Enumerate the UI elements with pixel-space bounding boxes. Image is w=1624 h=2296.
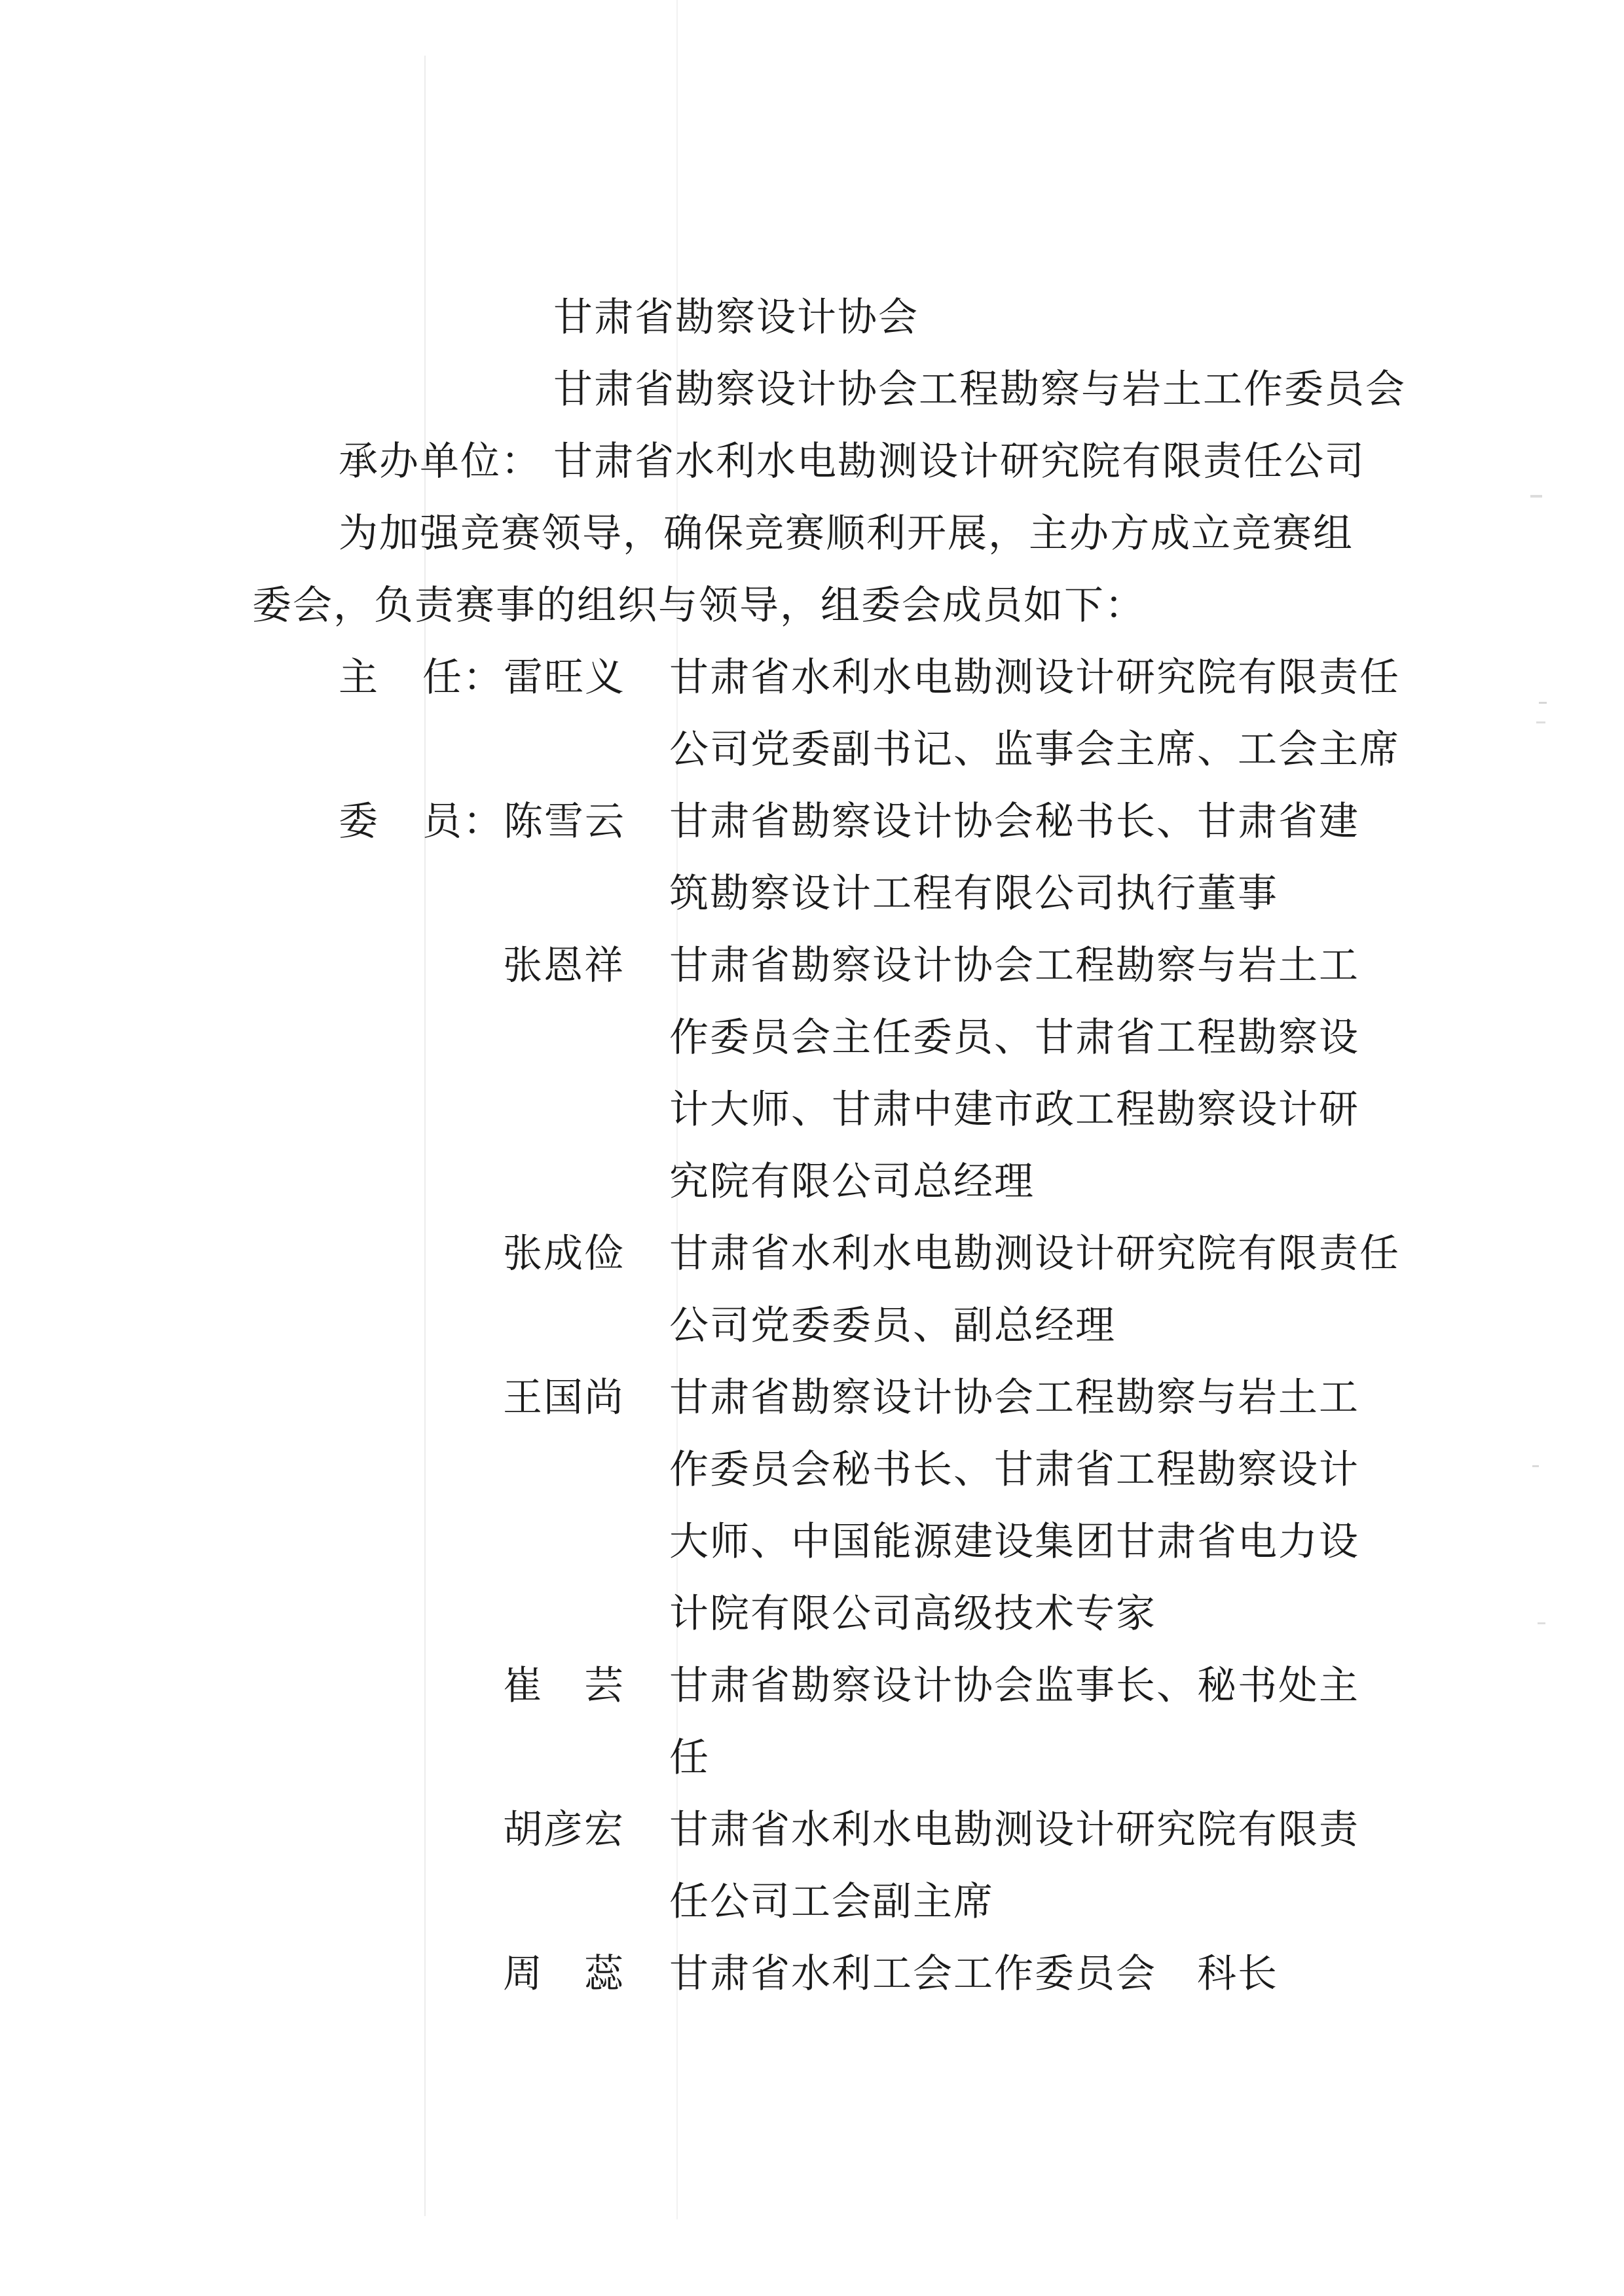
chairman-desc-line: 甘肃省水利水电勘测设计研究院有限责任 (669, 658, 1400, 697)
member-name: 张成俭 (503, 1234, 625, 1273)
chairman-role-and-name: 任：雷旺义 (422, 658, 625, 697)
member-name: 胡彦宏 (503, 1810, 625, 1850)
member-desc-line: 甘肃省水利水电勘测设计研究院有限责 (669, 1810, 1359, 1850)
member-desc-line: 计院有限公司高级技术专家 (669, 1594, 1156, 1633)
chairman-name: 雷旺义 (504, 656, 625, 699)
paragraph-line-1: 为加强竞赛领导，确保竞赛顺利开展，主办方成立竞赛组 (339, 514, 1354, 553)
member-desc-line: 甘肃省勘察设计协会秘书长、甘肃省建 (669, 802, 1359, 841)
member-desc-line: 任公司工会副主席 (669, 1882, 994, 1922)
member-desc-line: 甘肃省勘察设计协会监事长、秘书处主 (669, 1666, 1359, 1705)
member-desc-line: 公司党委委员、副总经理 (669, 1306, 1116, 1345)
scan-speck-5 (1538, 1622, 1545, 1624)
member-name: 陈雪云 (504, 800, 625, 843)
scan-streak-left (424, 56, 426, 2216)
member-name: 崔 芸 (503, 1666, 625, 1705)
member-desc-line: 作委员会主任委员、甘肃省工程勘察设 (669, 1018, 1359, 1057)
scan-speck-2 (1539, 702, 1547, 704)
chairman-role-char2: 任： (422, 656, 504, 699)
undertaker-label: 承办单位： (339, 442, 542, 481)
chairman-role-char1: 主 (339, 658, 379, 697)
scanned-document-page: 甘肃省勘察设计协会 甘肃省勘察设计协会工程勘察与岩土工作委员会 承办单位： 甘肃… (0, 0, 1624, 2296)
member-desc-line: 筑勘察设计工程有限公司执行董事 (669, 874, 1278, 913)
member-desc-line: 甘肃省勘察设计协会工程勘察与岩土工 (669, 1378, 1359, 1417)
paragraph-line-2: 委会，负责赛事的组织与领导，组委会成员如下： (252, 586, 1145, 625)
organizer-line-2: 甘肃省勘察设计协会工程勘察与岩土工作委员会 (553, 370, 1406, 409)
member-desc-line: 甘肃省勘察设计协会工程勘察与岩土工 (669, 946, 1359, 985)
undertaker-value: 甘肃省水利水电勘测设计研究院有限责任公司 (553, 442, 1365, 481)
member-desc-line: 究院有限公司总经理 (669, 1162, 1035, 1201)
members-role-char2: 员： (422, 800, 504, 843)
scan-speck-3 (1536, 721, 1545, 723)
member-name: 张恩祥 (503, 946, 625, 985)
organizer-line-1: 甘肃省勘察设计协会 (553, 298, 919, 337)
member-desc-line: 计大师、甘肃中建市政工程勘察设计研 (669, 1090, 1359, 1129)
member-desc-line: 作委员会秘书长、甘肃省工程勘察设计 (669, 1450, 1359, 1489)
scan-speck-1 (1530, 495, 1542, 498)
scan-speck-4 (1532, 1465, 1539, 1467)
member-desc-line: 甘肃省水利水电勘测设计研究院有限责任 (669, 1234, 1400, 1273)
member-name: 周 蕊 (503, 1954, 625, 1994)
member-desc-line: 甘肃省水利工会工作委员会 科长 (669, 1954, 1278, 1994)
members-role-char1: 委 (339, 802, 379, 841)
members-role-and-name: 员：陈雪云 (422, 802, 625, 841)
member-name: 王国尚 (503, 1378, 625, 1417)
member-desc-line: 大师、中国能源建设集团甘肃省电力设 (669, 1522, 1359, 1561)
member-desc-line: 任 (669, 1738, 710, 1777)
chairman-desc-line: 公司党委副书记、监事会主席、工会主席 (669, 730, 1400, 769)
